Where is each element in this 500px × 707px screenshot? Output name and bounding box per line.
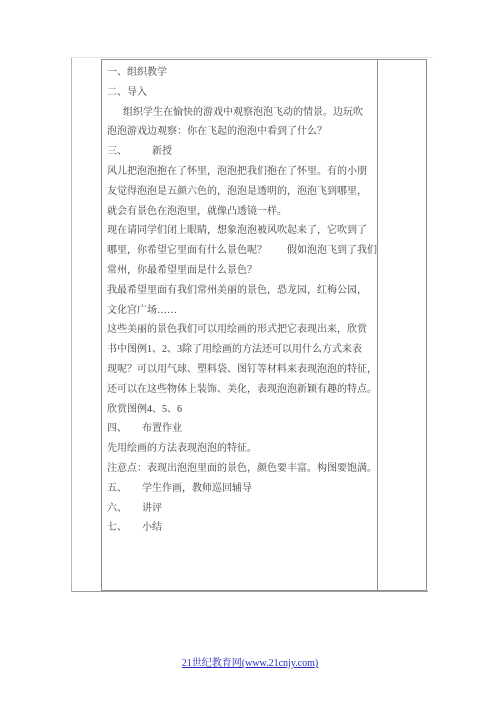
footer-link[interactable]: 21世纪教育网(www.21cnjy.com) — [182, 658, 318, 669]
text-line: 就会有景色在泡泡里，就像凸透镜一样。 — [107, 202, 375, 222]
lesson-plan-table-cell: 一、组织教学 二、导入 组织学生在愉快的游戏中观察泡泡飞动的情景。边玩吹 泡泡游… — [101, 59, 427, 591]
text-line: 一、组织教学 — [107, 63, 375, 83]
lesson-plan-text: 一、组织教学 二、导入 组织学生在愉快的游戏中观察泡泡飞动的情景。边玩吹 泡泡游… — [107, 60, 375, 538]
text-line: 这些美丽的景色我们可以用绘画的形式把它表现出来，欣赏 — [107, 320, 375, 340]
text-line: 四、 布置作业 — [107, 419, 375, 439]
text-line: 友觉得泡泡是五颜六色的，泡泡是透明的，泡泡飞到哪里， — [107, 182, 375, 202]
text-line: 组织学生在愉快的游戏中观察泡泡飞动的情景。边玩吹 — [107, 103, 375, 123]
text-line: 五、 学生作画，教师巡回辅导 — [107, 479, 375, 499]
text-line: 常州，你最希望里面是什么景色？ — [107, 261, 375, 281]
outer-table-bottom-border — [71, 591, 428, 592]
text-line: 泡泡游戏边观察：你在飞起的泡泡中看到了什么？ — [107, 122, 375, 142]
outer-table-top-border — [71, 57, 433, 58]
text-line: 先用绘画的方法表现泡泡的特征。 — [107, 439, 375, 459]
text-line: 还可以在这些物体上装饰、美化，表现泡泡新颖有趣的特点。 — [107, 380, 375, 400]
text-line: 二、导入 — [107, 83, 375, 103]
text-line: 注意点：表现出泡泡里面的景色，颜色要丰富。构图要饱满。 — [107, 459, 375, 479]
table-column-divider — [377, 60, 378, 590]
text-line: 七、 小结 — [107, 518, 375, 538]
text-line: 欣赏图例4、5、6 — [107, 400, 375, 420]
document-page: 一、组织教学 二、导入 组织学生在愉快的游戏中观察泡泡飞动的情景。边玩吹 泡泡游… — [0, 0, 500, 707]
text-line: 风儿把泡泡抱在了怀里，泡泡把我们抱在了怀里。有的小朋 — [107, 162, 375, 182]
text-line: 现呢？可以用气球、塑料袋、图钉等材料来表现泡泡的特征， — [107, 360, 375, 380]
text-line: 我最希望里面有我们常州美丽的景色，恐龙园，红梅公园， — [107, 281, 375, 301]
footer: 21世纪教育网(www.21cnjy.com) — [0, 653, 500, 671]
text-line: 书中图例1、2、3除了用绘画的方法还可以用什么方式来表 — [107, 340, 375, 360]
text-line: 六、 讲评 — [107, 499, 375, 519]
text-line: 现在请同学们闭上眼睛，想象泡泡被风吹起来了，它吹到了 — [107, 221, 375, 241]
text-line: 三、 新授 — [107, 142, 375, 162]
text-line: 文化宫广场…… — [107, 301, 375, 321]
outer-table-left-border — [71, 57, 72, 592]
text-line: 哪里，你希望它里面有什么景色呢？ 假如泡泡飞到了我们 — [107, 241, 375, 261]
